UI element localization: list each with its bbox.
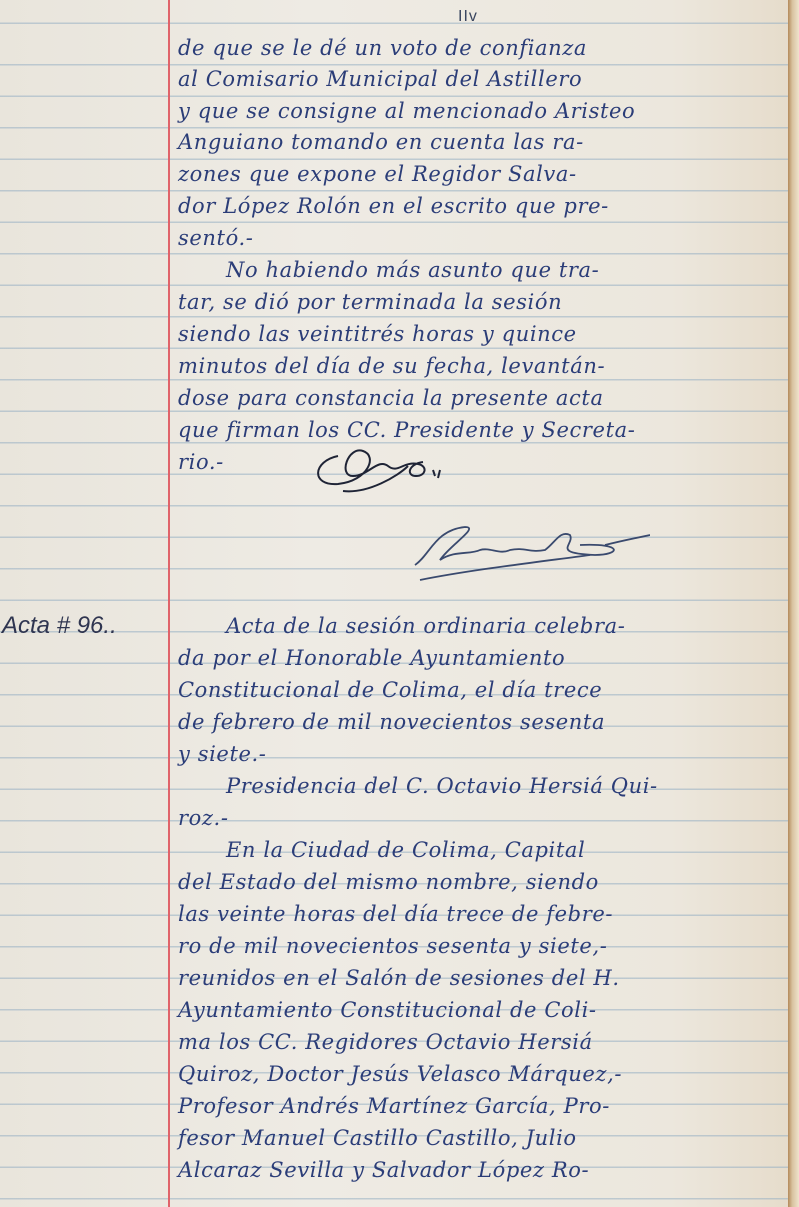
secretary-signature [410, 515, 650, 585]
red-margin-rule [168, 0, 170, 1207]
handwritten-line: dor López Rolón en el escrito que pre- [178, 194, 790, 218]
handwritten-line: Constitucional de Colima, el día trece [178, 678, 790, 702]
handwritten-line: ma los CC. Regidores Octavio Hersiá [178, 1030, 790, 1054]
handwritten-line: Alcaraz Sevilla y Salvador López Ro- [178, 1158, 790, 1182]
handwritten-line: rio.- [178, 450, 790, 474]
acta-number-label: Acta # 96.. [2, 612, 117, 640]
handwritten-line: Anguiano tomando en cuenta las ra- [178, 130, 790, 154]
handwritten-line: de febrero de mil novecientos sesenta [178, 710, 790, 734]
handwritten-line: minutos del día de su fecha, levantán- [178, 354, 790, 378]
handwritten-line: las veinte horas del día trece de febre- [178, 902, 790, 926]
handwritten-line: En la Ciudad de Colima, Capital [178, 838, 790, 862]
handwritten-line: sentó.- [178, 226, 790, 250]
handwritten-line: de que se le dé un voto de confianza [178, 36, 790, 60]
handwritten-line: Acta de la sesión ordinaria celebra- [178, 614, 790, 638]
handwritten-line: y siete.- [178, 742, 790, 766]
handwritten-line: tar, se dió por terminada la sesión [178, 290, 790, 314]
handwritten-line: al Comisario Municipal del Astillero [178, 67, 790, 91]
handwritten-line: reunidos en el Salón de sesiones del H. [178, 966, 790, 990]
handwritten-line: que firman los CC. Presidente y Secreta- [178, 418, 790, 442]
handwritten-line: fesor Manuel Castillo Castillo, Julio [178, 1126, 790, 1150]
folio-number: IIv [458, 8, 478, 26]
signature-scribble-icon [410, 515, 650, 585]
handwritten-line: Ayuntamiento Constitucional de Coli- [178, 998, 790, 1022]
handwritten-line: ro de mil novecientos sesenta y siete,- [178, 934, 790, 958]
page-edge [788, 0, 799, 1207]
handwritten-line: Profesor Andrés Martínez García, Pro- [178, 1094, 790, 1118]
handwritten-line: siendo las veintitrés horas y quince [178, 322, 790, 346]
handwritten-line: roz.- [178, 806, 790, 830]
handwritten-line: No habiendo más asunto que tra- [178, 258, 790, 282]
handwritten-line: Quiroz, Doctor Jesús Velasco Márquez,- [178, 1062, 790, 1086]
handwritten-line: da por el Honorable Ayuntamiento [178, 646, 790, 670]
handwritten-line: Presidencia del C. Octavio Hersiá Qui- [178, 774, 790, 798]
handwritten-line: dose para constancia la presente acta [178, 386, 790, 410]
ledger-page: IIv de que se le dé un voto de confianza… [0, 0, 790, 1207]
handwritten-line: y que se consigne al mencionado Aristeo [178, 99, 790, 123]
president-signature [308, 436, 478, 496]
handwritten-line: del Estado del mismo nombre, siendo [178, 870, 790, 894]
signature-scribble-icon [308, 436, 478, 496]
handwritten-line: zones que expone el Regidor Salva- [178, 162, 790, 186]
